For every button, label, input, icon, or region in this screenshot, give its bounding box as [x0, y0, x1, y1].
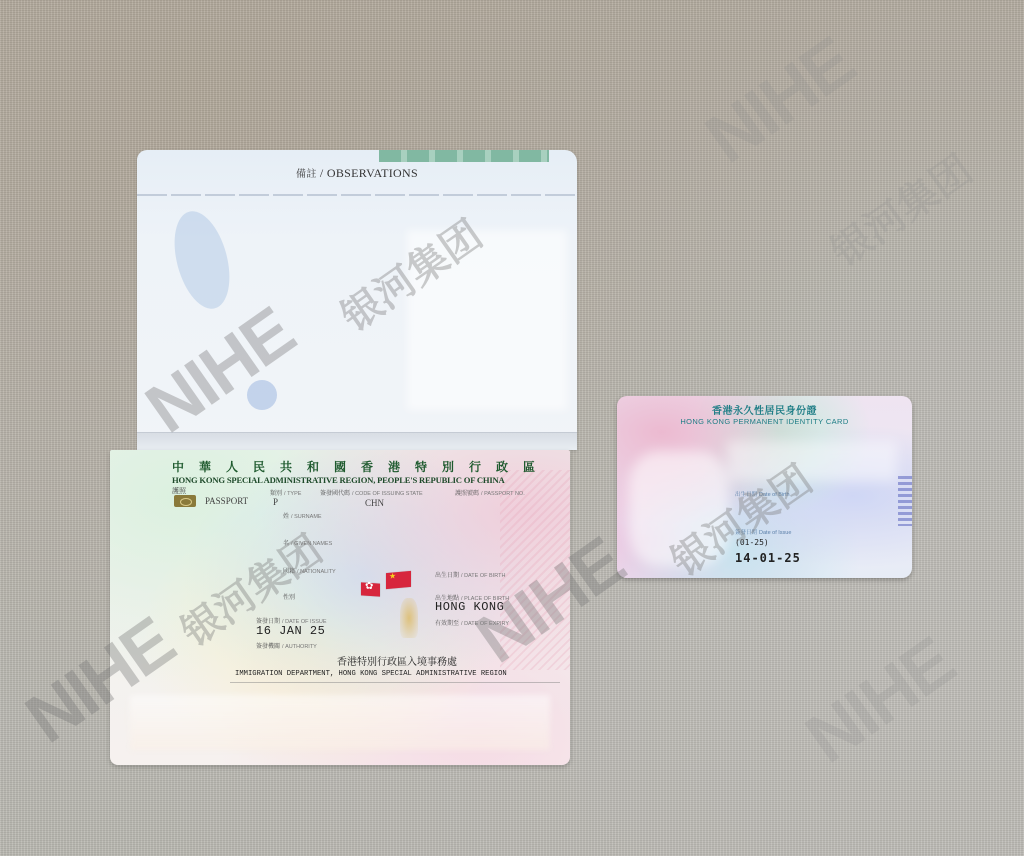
- observations-title-cn: 備註: [296, 169, 317, 180]
- authority-value-en: IMMIGRATION DEPARTMENT, HONG KONG SPECIA…: [235, 670, 507, 678]
- id-issue-value: 14-01-25: [735, 551, 801, 565]
- chip-icon: [174, 495, 196, 507]
- id-hologram-pattern: [898, 476, 912, 526]
- type-value: P: [273, 497, 278, 507]
- sex-label: 性別: [283, 592, 297, 601]
- passport-header-en: HONG KONG SPECIAL ADMINISTRATIVE REGION,…: [172, 475, 505, 485]
- type-label: 類別/ TYPE: [270, 488, 301, 497]
- passport-data-page: 中華人民共和國香港特別行政區 HONG KONG SPECIAL ADMINIS…: [110, 450, 570, 765]
- security-leaf-pattern: [165, 205, 239, 315]
- document-label-cn: 護照: [172, 486, 186, 496]
- hong-kong-flag-icon: [361, 582, 380, 596]
- id-first-issue-value: (01-25): [735, 538, 769, 547]
- date-of-expiry-label: 有效期至/ DATE OF EXPIRY: [435, 618, 509, 627]
- authority-value-cn: 香港特別行政區入境事務處: [337, 653, 457, 668]
- hk-identity-card: 香港永久性居民身份證 HONG KONG PERMANENT IDENTITY …: [617, 396, 912, 578]
- passport-no-label: 護照號碼/ PASSPORT NO.: [455, 488, 525, 497]
- document-label-en: PASSPORT: [205, 496, 248, 506]
- id-photo-redacted: [629, 451, 729, 566]
- passport-header-cn: 中華人民共和國香港特別行政區: [172, 458, 550, 475]
- observations-title: 備註 / OBSERVATIONS: [137, 165, 577, 181]
- passport-dob-label: 出生日期/ DATE OF BIRTH: [435, 570, 505, 579]
- id-card-title-cn: 香港永久性居民身份證: [617, 402, 912, 417]
- id-issue-label: 簽發日期Date of Issue: [735, 528, 791, 536]
- bauhinia-emblem-icon: [400, 598, 418, 638]
- surname-label: 姓/ SURNAME: [283, 511, 322, 520]
- china-flag-icon: [386, 571, 411, 589]
- mrz-redacted-area: [130, 695, 550, 750]
- place-of-birth-value: HONG KONG: [435, 600, 504, 614]
- authority-label: 簽發機關/ AUTHORITY: [256, 641, 317, 650]
- issuing-state-label: 簽發國代碼/ CODE OF ISSUING STATE: [320, 488, 423, 497]
- ghost-photo-area: [407, 230, 567, 410]
- id-dob-label: 出生日期Date of Birth: [735, 490, 790, 498]
- watermark-logo: NIHE: [691, 22, 867, 179]
- id-card-title-en: HONG KONG PERMANENT IDENTITY CARD: [617, 417, 912, 426]
- observations-title-en: OBSERVATIONS: [327, 166, 418, 180]
- issuing-state-value: CHN: [365, 498, 384, 508]
- passport-spine-fold: [137, 432, 577, 450]
- passport-green-band: [379, 150, 549, 162]
- watermark-text: 银河集团: [818, 139, 982, 277]
- watermark-logo: NIHE: [791, 622, 967, 779]
- id-name-redacted: [727, 441, 897, 481]
- passport-observations-page: 備註 / OBSERVATIONS: [137, 150, 577, 450]
- authority-underline: [230, 682, 560, 683]
- observations-divider: [137, 194, 577, 196]
- given-names-label: 名/ GIVEN NAMES: [283, 538, 332, 547]
- date-of-issue-value: 16 JAN 25: [256, 624, 325, 638]
- nationality-label: 國籍/ NATIONALITY: [283, 566, 336, 575]
- security-guilloche-pattern: [500, 470, 570, 670]
- security-flower-pattern: [247, 380, 277, 410]
- observations-title-separator: /: [317, 166, 327, 180]
